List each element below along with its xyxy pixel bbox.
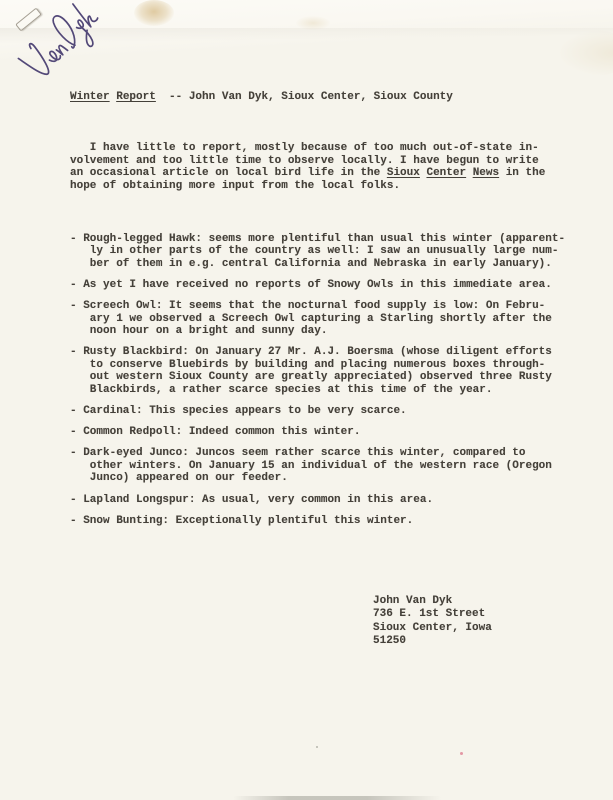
underlined-text: Sioux (387, 167, 420, 179)
report-item: - Dark-eyed Junco: Juncos seem rather sc… (70, 447, 600, 485)
report-item: - Rough-legged Hawk: seems more plentifu… (70, 233, 600, 271)
typed-line: Sioux Center, Iowa (373, 622, 600, 636)
typed-line: ary 1 we observed a Screech Owl capturin… (70, 313, 600, 326)
report-item: - Snow Bunting: Exceptionally plentiful … (70, 515, 600, 528)
typed-line: Junco) appeared on our feeder. (70, 472, 600, 485)
report-item: - Cardinal: This species appears to be v… (70, 405, 600, 418)
typed-line: - As yet I have received no reports of S… (70, 279, 600, 292)
handwritten-signature-text: Van Dyk (0, 0, 1, 1)
report-item: - As yet I have received no reports of S… (70, 279, 600, 292)
typed-line: 736 E. 1st Street (373, 608, 600, 622)
text-segment: an occasional article on local bird life… (70, 167, 387, 179)
typed-line: to conserve Bluebirds by building and pl… (70, 359, 600, 372)
underlined-text: News (473, 167, 499, 179)
underlined-text: Report (116, 91, 156, 103)
typed-line: volvement and too little time to observe… (70, 155, 600, 168)
typed-line: hope of obtaining more input from the lo… (70, 180, 600, 193)
typed-line: - Cardinal: This species appears to be v… (70, 405, 600, 418)
typed-line: 51250 (373, 635, 600, 649)
typed-line: John Van Dyk (373, 595, 600, 609)
typed-line: ber of them in e.g. central California a… (70, 258, 600, 271)
typed-line: Blackbirds, a rather scarce species at t… (70, 384, 600, 397)
report-item: - Common Redpoll: Indeed common this win… (70, 426, 600, 439)
typed-line: ly in other parts of the country as well… (70, 245, 600, 258)
report-item: - Rusty Blackbird: On January 27 Mr. A.J… (70, 346, 600, 396)
typed-line: - Rusty Blackbird: On January 27 Mr. A.J… (70, 346, 600, 359)
typed-line: - Lapland Longspur: As usual, very commo… (70, 494, 600, 507)
report-item: - Screech Owl: It seems that the nocturn… (70, 300, 600, 338)
author-address-block: John Van Dyk736 E. 1st StreetSioux Cente… (373, 595, 600, 649)
typed-line: other winters. On January 15 an individu… (70, 460, 600, 473)
intro-paragraph: I have little to report, mostly because … (70, 142, 600, 192)
text-segment: volvement and too little time to observe… (70, 155, 539, 167)
typed-line: - Screech Owl: It seems that the nocturn… (70, 300, 600, 313)
typed-line: out western Sioux County are greatly app… (70, 371, 600, 384)
underlined-text: Winter (70, 91, 110, 103)
underlined-text: Center (426, 167, 466, 179)
text-segment: hope of obtaining more input from the lo… (70, 180, 400, 192)
bird-report-items: - Rough-legged Hawk: seems more plentifu… (70, 233, 600, 528)
typed-line: an occasional article on local bird life… (70, 167, 600, 180)
coffee-stain (134, 0, 174, 26)
typed-report-body: Winter Report -- John Van Dyk, Sioux Cen… (70, 66, 600, 674)
typed-line: - Rough-legged Hawk: seems more plentifu… (70, 233, 600, 246)
report-title: Winter Report -- John Van Dyk, Sioux Cen… (70, 91, 600, 104)
gray-speck (316, 746, 318, 748)
typed-line: - Dark-eyed Junco: Juncos seem rather sc… (70, 447, 600, 460)
typed-line: - Common Redpoll: Indeed common this win… (70, 426, 600, 439)
text-segment (466, 167, 473, 179)
text-segment: in the (499, 167, 545, 179)
text-segment: -- John Van Dyk, Sioux Center, Sioux Cou… (156, 91, 453, 103)
typed-line: - Snow Bunting: Exceptionally plentiful … (70, 515, 600, 528)
typed-line: I have little to report, mostly because … (70, 142, 600, 155)
text-segment: I have little to report, mostly because … (70, 142, 539, 154)
report-item: - Lapland Longspur: As usual, very commo… (70, 494, 600, 507)
scanned-document-page: Van Dyk Winter Report -- John Van Dyk, S… (0, 0, 613, 800)
typed-line: noon hour on a bright and sunny day. (70, 325, 600, 338)
faint-smudge (296, 16, 330, 30)
pink-speck (460, 752, 463, 755)
